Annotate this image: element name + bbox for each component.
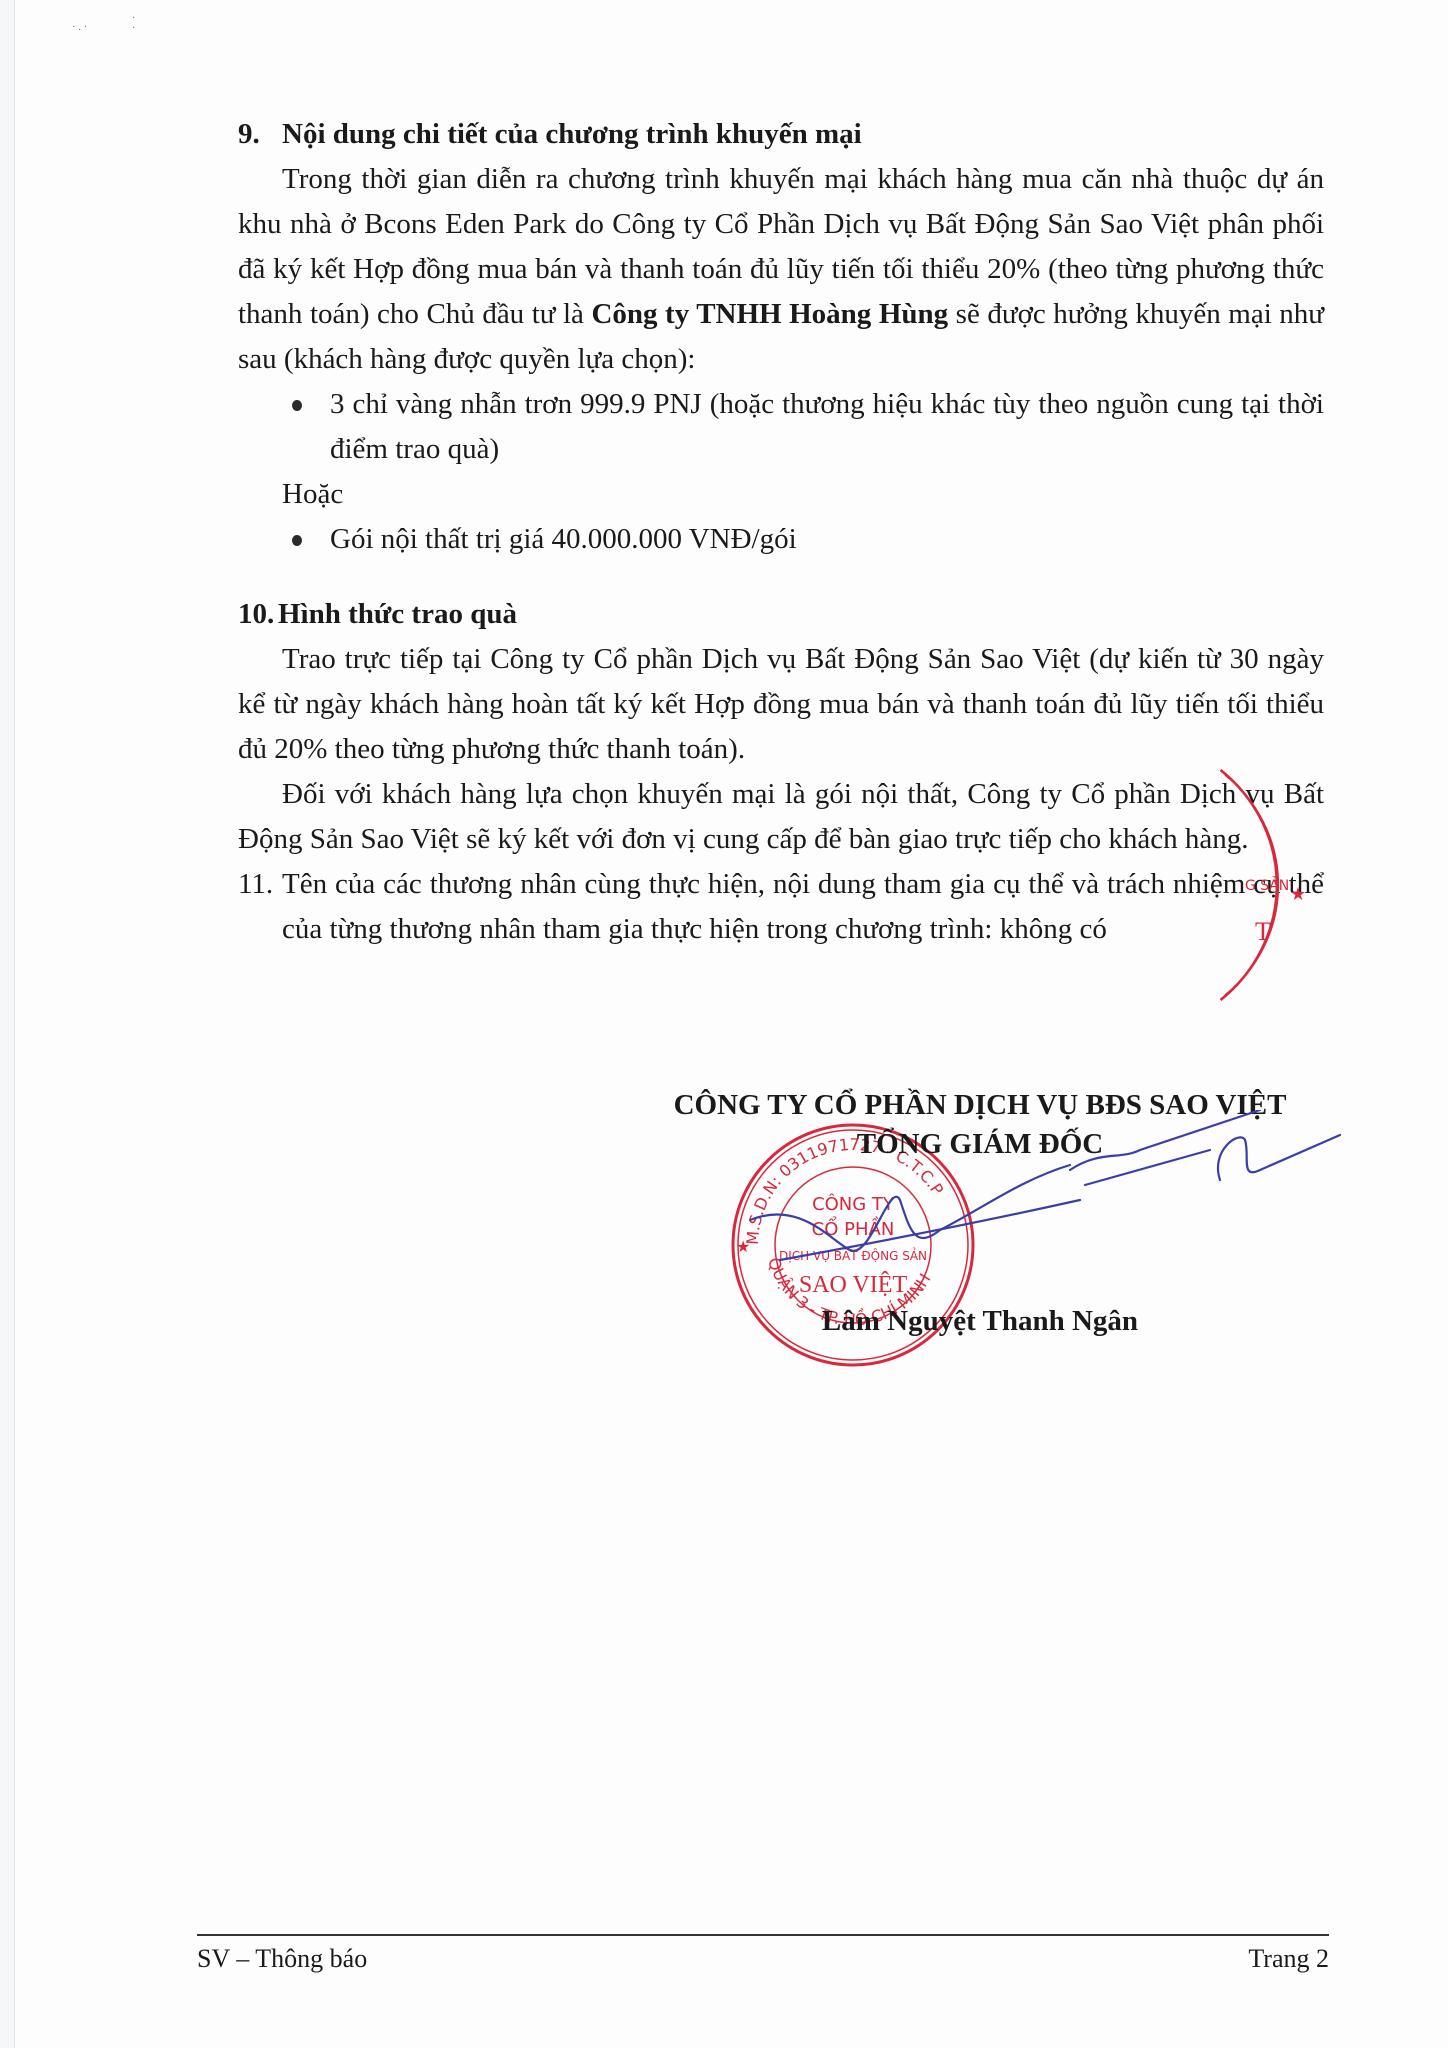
option-gold: 3 chỉ vàng nhẫn trơn 999.9 PNJ (hoặc thư…	[330, 388, 1324, 465]
bullet-icon	[292, 535, 302, 546]
or-label: Hoặc	[238, 472, 1324, 517]
bullet-icon	[292, 400, 302, 411]
section-title: Hình thức trao quà	[278, 598, 517, 630]
section-10-para-2: Đối với khách hàng lựa chọn khuyến mại l…	[238, 772, 1324, 862]
scan-specks: ·.·	[72, 22, 90, 33]
promotion-options: Gói nội thất trị giá 40.000.000 VNĐ/gói	[238, 517, 1324, 562]
section-number: 9.	[238, 112, 282, 157]
scan-edge	[0, 0, 15, 2048]
scan-specks: ··	[132, 14, 135, 34]
handwritten-signature	[740, 1110, 1360, 1330]
svg-text:G SẢN: G SẢN	[1245, 876, 1289, 894]
svg-text:★: ★	[1290, 884, 1306, 905]
section-9-intro: Trong thời gian diễn ra chương trình khu…	[238, 157, 1324, 382]
list-item: Gói nội thất trị giá 40.000.000 VNĐ/gói	[330, 517, 1324, 562]
section-11-text: Tên của các thương nhân cùng thực hiện, …	[282, 868, 1324, 945]
section-9-heading: 9.Nội dung chi tiết của chương trình khu…	[238, 112, 1324, 157]
section-title: Nội dung chi tiết của chương trình khuyế…	[282, 118, 862, 150]
footer-divider	[197, 1934, 1329, 1936]
footer-document-label: SV – Thông báo	[197, 1944, 367, 1974]
section-10-heading: 10.Hình thức trao quà	[238, 592, 1324, 637]
footer-page-number: Trang 2	[1248, 1944, 1329, 1974]
section-11: 11.Tên của các thương nhân cùng thực hiệ…	[238, 862, 1324, 952]
option-furniture: Gói nội thất trị giá 40.000.000 VNĐ/gói	[330, 523, 797, 555]
svg-text:T: T	[1255, 917, 1271, 946]
list-item: 3 chỉ vàng nhẫn trơn 999.9 PNJ (hoặc thư…	[330, 382, 1324, 472]
section-number: 10.	[238, 592, 278, 637]
section-number: 11.	[238, 862, 282, 907]
document-body: 9.Nội dung chi tiết của chương trình khu…	[238, 112, 1324, 952]
promotion-options: 3 chỉ vàng nhẫn trơn 999.9 PNJ (hoặc thư…	[238, 382, 1324, 472]
partial-stamp: ★ G SẢN T	[1220, 750, 1350, 1010]
developer-name: Công ty TNHH Hoàng Hùng	[591, 298, 948, 330]
section-10-para-1: Trao trực tiếp tại Công ty Cổ phần Dịch …	[238, 637, 1324, 772]
